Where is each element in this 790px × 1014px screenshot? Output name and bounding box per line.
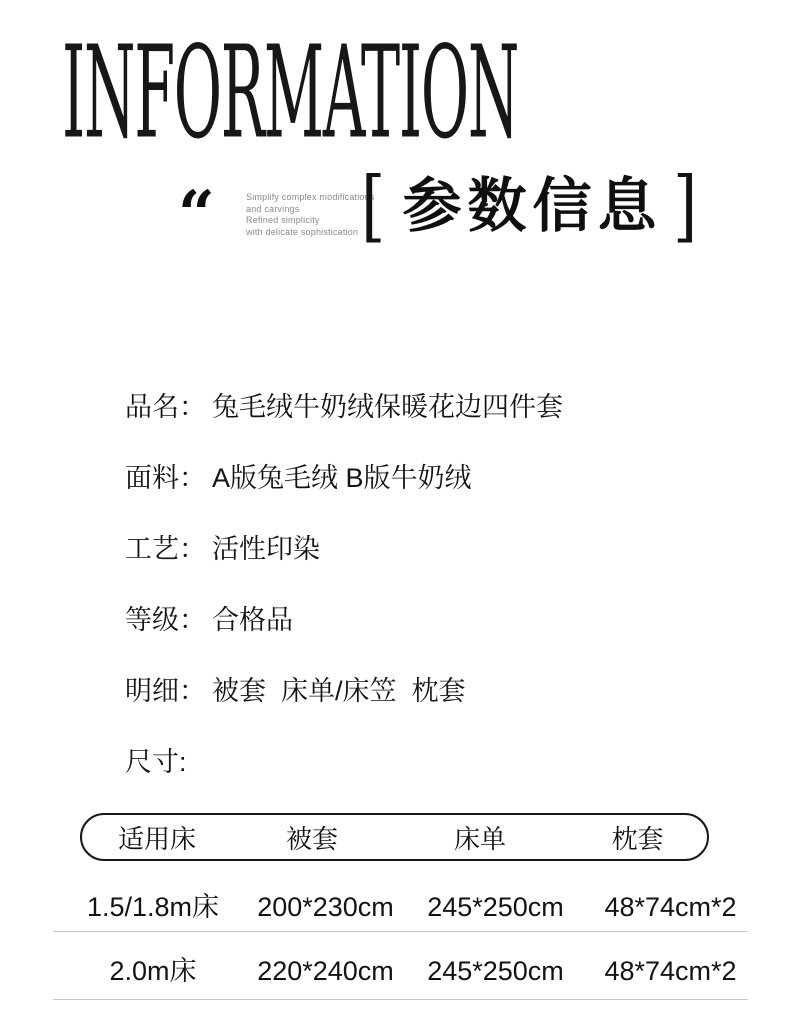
detail-value: 合格品 (212, 605, 293, 635)
detail-label: 等级： (125, 605, 206, 635)
detail-value: 活性印染 (212, 534, 320, 564)
size-table-cell: 200*230cm (253, 890, 398, 924)
section-heading: [ 参数信息 ] (358, 166, 701, 246)
quote-icon: “ (178, 170, 215, 260)
product-info-page: INFORMATION “ Simplify complex modificat… (0, 0, 790, 1014)
size-table-header-cell: 适用床 (82, 819, 232, 856)
size-table-cell: 245*250cm (398, 954, 593, 988)
tagline-line: with delicate sophistication (246, 227, 375, 239)
size-table-cell: 220*240cm (253, 954, 398, 988)
detail-label: 品名： (125, 392, 206, 422)
detail-label: 工艺： (125, 534, 206, 564)
close-bracket: ] (673, 169, 697, 243)
size-table-cell: 48*74cm*2 (593, 890, 748, 924)
size-table-row: 1.5/1.8m床 200*230cm 245*250cm 48*74cm*2 (53, 890, 748, 924)
size-table-cell: 48*74cm*2 (593, 954, 748, 988)
tagline-line: and carvings (246, 204, 375, 216)
size-table-cell: 2.0m床 (53, 954, 253, 988)
section-title: 参数信息 (402, 177, 662, 236)
detail-label: 面料： (125, 463, 206, 493)
tagline: Simplify complex modifications and carvi… (246, 192, 375, 238)
row-divider (53, 999, 748, 1000)
size-table-header-cell: 被套 (232, 819, 392, 856)
detail-value: A版兔毛绒 B版牛奶绒 (212, 463, 472, 493)
detail-label: 明细： (125, 676, 206, 706)
information-wordmark: INFORMATION (62, 30, 518, 157)
detail-value: 兔毛绒牛奶绒保暖花边四件套 (212, 392, 563, 422)
detail-value: 被套 床单/床笠 枕套 (212, 676, 466, 706)
size-table-row: 2.0m床 220*240cm 245*250cm 48*74cm*2 (53, 954, 748, 988)
tagline-line: Simplify complex modifications (246, 192, 375, 204)
row-divider (53, 931, 748, 932)
size-table-cell: 1.5/1.8m床 (53, 890, 253, 924)
size-table-header-cell: 床单 (392, 819, 568, 856)
size-table-header: 适用床 被套 床单 枕套 (80, 813, 709, 861)
detail-row-size: 尺寸: (95, 717, 193, 807)
tagline-line: Refined simplicity (246, 215, 375, 227)
size-table-header-cell: 枕套 (568, 819, 707, 856)
size-table-cell: 245*250cm (398, 890, 593, 924)
detail-label: 尺寸: (125, 747, 187, 777)
open-bracket: [ (361, 169, 385, 243)
